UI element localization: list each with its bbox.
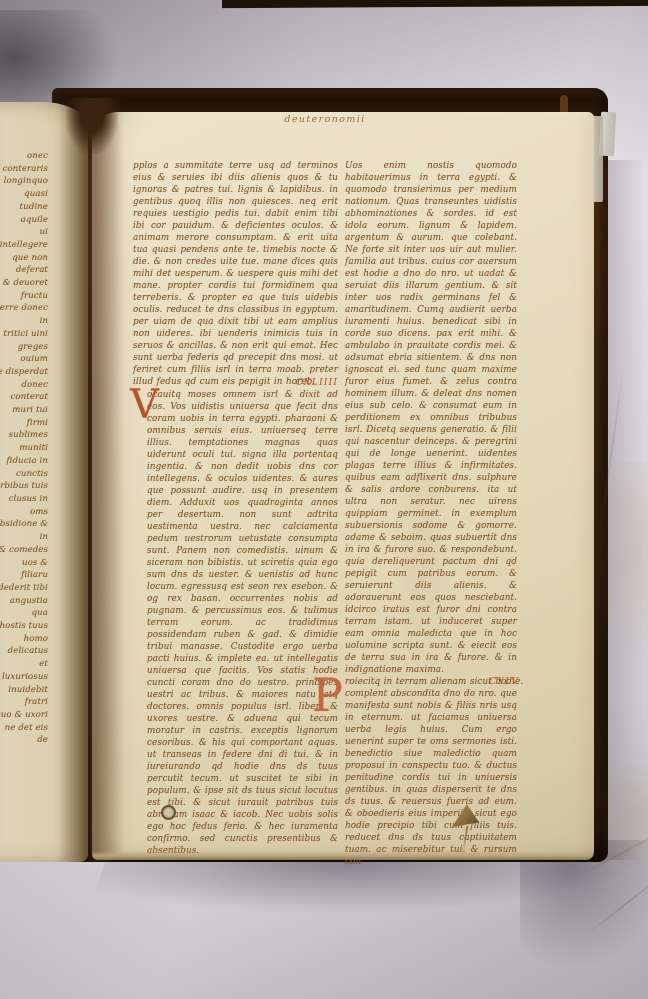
text-column-right: Uos enim nostis quomodo habitauerimus in… [345, 160, 517, 868]
page-bottom-edge [92, 851, 594, 860]
chapter-144-block: V ocauitq moses omnem isrl & dixit ad eo… [133, 389, 338, 857]
chapter-145-block: P CXLV roiecitq in terram alienam sicut … [345, 676, 517, 868]
parchment-stain [590, 462, 648, 682]
chapter-144-continuation-block: Uos enim nostis quomodo habitauerimus in… [345, 160, 517, 676]
parchment-hole [161, 805, 176, 820]
chapter-number-cxlv: CXLV [489, 676, 519, 688]
chapter-number-cxliiii: CXLIIII [296, 377, 338, 389]
chapter-143-end-text: pplos a summitate terre usq ad terminos … [133, 161, 338, 387]
chapter-145-text: complent abscondita dno do nro. que mani… [345, 689, 517, 867]
gutter-top-shadow [66, 98, 118, 154]
chapter-144-continuation-text: Uos enim nostis quomodo habitauerimus in… [345, 161, 517, 675]
initial-v: V [130, 385, 159, 425]
running-title: deuteronomii [240, 114, 410, 125]
chapter-144-text: ocauitq moses omnem isrl & dixit ad eos.… [147, 390, 338, 856]
chapter-143-end-block: pplos a summitate terre usq ad terminos … [133, 160, 338, 388]
initial-p: P [312, 672, 343, 718]
facing-page-text: onec conteraris e longinquo quasi tudine… [0, 150, 48, 742]
gutter-shadow [58, 98, 124, 862]
text-column-left: pplos a summitate terre usq ad terminos … [133, 160, 338, 857]
photo-of-manuscript: onec conteraris e longinquo quasi tudine… [0, 0, 648, 999]
